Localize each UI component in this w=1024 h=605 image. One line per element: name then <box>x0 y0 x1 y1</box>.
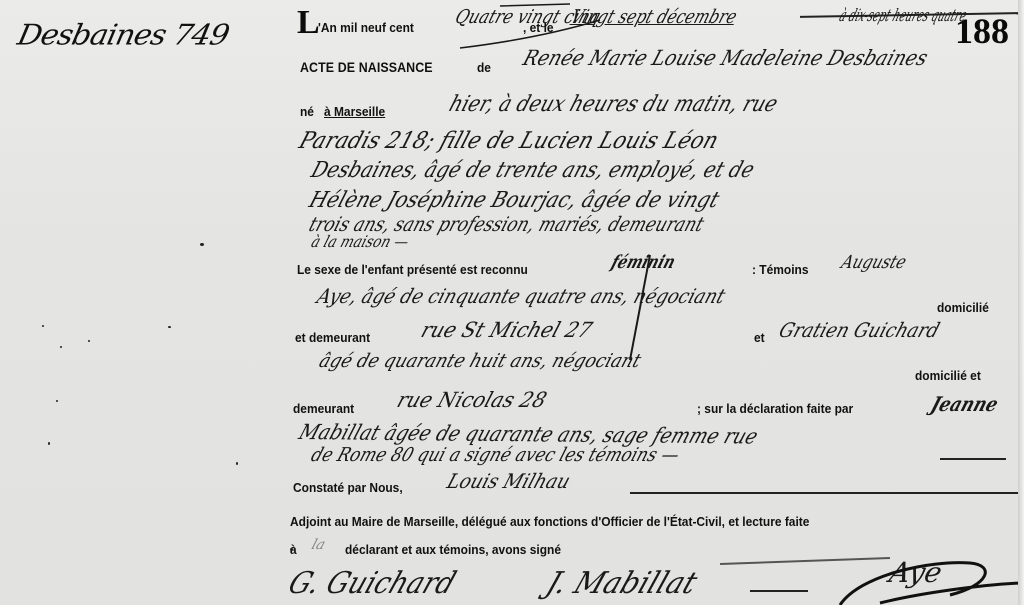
declaration-label: ; sur la déclaration faite par <box>697 401 853 416</box>
sex-label: Le sexe de l'enfant présenté est reconnu <box>297 262 528 277</box>
born-label: né <box>300 104 314 119</box>
declarant-line-2: de Rome 80 qui a signé avec les témoins … <box>308 444 682 466</box>
birth-certificate-scan: Desbaines 749 188 L 'An mil neuf cent Qu… <box>0 0 1024 605</box>
declarant-first-name: Jeanne <box>928 392 1001 416</box>
paper-speck <box>236 462 238 465</box>
birth-details-line-2: Paradis 218; fille de Lucien Louis Léon <box>296 128 722 154</box>
witness-2-address: rue Nicolas 28 <box>394 388 550 412</box>
time-handwritten: à dix-sept heures quatre <box>837 6 970 26</box>
residing-label-1: et demeurant <box>295 330 370 345</box>
act-title: ACTE DE NAISSANCE <box>300 60 433 75</box>
born-place: à Marseille <box>324 104 385 119</box>
signature-mabillat: J. Mabillat <box>542 566 702 601</box>
witness-1-name: Auguste <box>839 252 909 273</box>
certified-label: Constaté par Nous, <box>293 480 403 495</box>
birth-details-line-4: Hélène Joséphine Bourjac, âgée de vingt <box>306 188 722 213</box>
paper-speck <box>60 346 62 348</box>
birth-details-line-3: Desbaines, âgé de trente ans, employé, e… <box>308 158 757 183</box>
signature-guichard: G. Guichard <box>284 566 461 601</box>
act-title-connector: de <box>477 60 491 75</box>
paper-speck <box>200 243 204 246</box>
residing-label-2: demeurant <box>293 401 354 416</box>
year-label: 'An mil neuf cent <box>318 20 414 35</box>
officer-title-line: Adjoint au Maire de Marseille, délégué a… <box>290 514 809 529</box>
closing-text: déclarant et aux témoins, avons signé <box>345 542 561 557</box>
birth-details-line-6: à la maison — <box>309 232 412 251</box>
officer-name: Louis Milhau <box>444 469 573 493</box>
paper-speck <box>56 400 58 402</box>
paper-speck <box>48 442 50 445</box>
officer-rule <box>630 492 1022 494</box>
domicile-label-2: domicilié et <box>915 368 981 383</box>
year-flourish <box>440 0 640 60</box>
paper-speck <box>88 340 90 342</box>
witness-2-name: Gratien Guichard <box>776 318 943 342</box>
paper-speck <box>168 326 171 328</box>
witness-1-details: Aye, âgé de cinquante quatre ans, négoci… <box>314 284 728 308</box>
margin-annotation: Desbaines 749 <box>14 19 231 52</box>
domicile-label-1: domicilié <box>937 300 989 315</box>
paper-speck <box>290 548 293 551</box>
signature-aye-flourish <box>820 555 1024 605</box>
paper-speck <box>42 325 44 327</box>
witnesses-label: : Témoins <box>752 262 808 277</box>
signature-mabillat-flourish <box>750 590 808 592</box>
birth-details-line-1: hier, à deux heures du matin, rue <box>446 92 781 117</box>
closing-insert: la <box>309 537 327 553</box>
scan-edge <box>1018 0 1024 605</box>
sex-value-stroke <box>620 250 660 370</box>
declarant-end-dash <box>940 458 1006 460</box>
decorative-initial: L <box>297 8 320 38</box>
witness-1-address: rue St Michel 27 <box>418 318 595 342</box>
connector-et: et <box>754 330 765 345</box>
witness-2-details: âgé de quarante huit ans, négociant <box>316 350 643 372</box>
